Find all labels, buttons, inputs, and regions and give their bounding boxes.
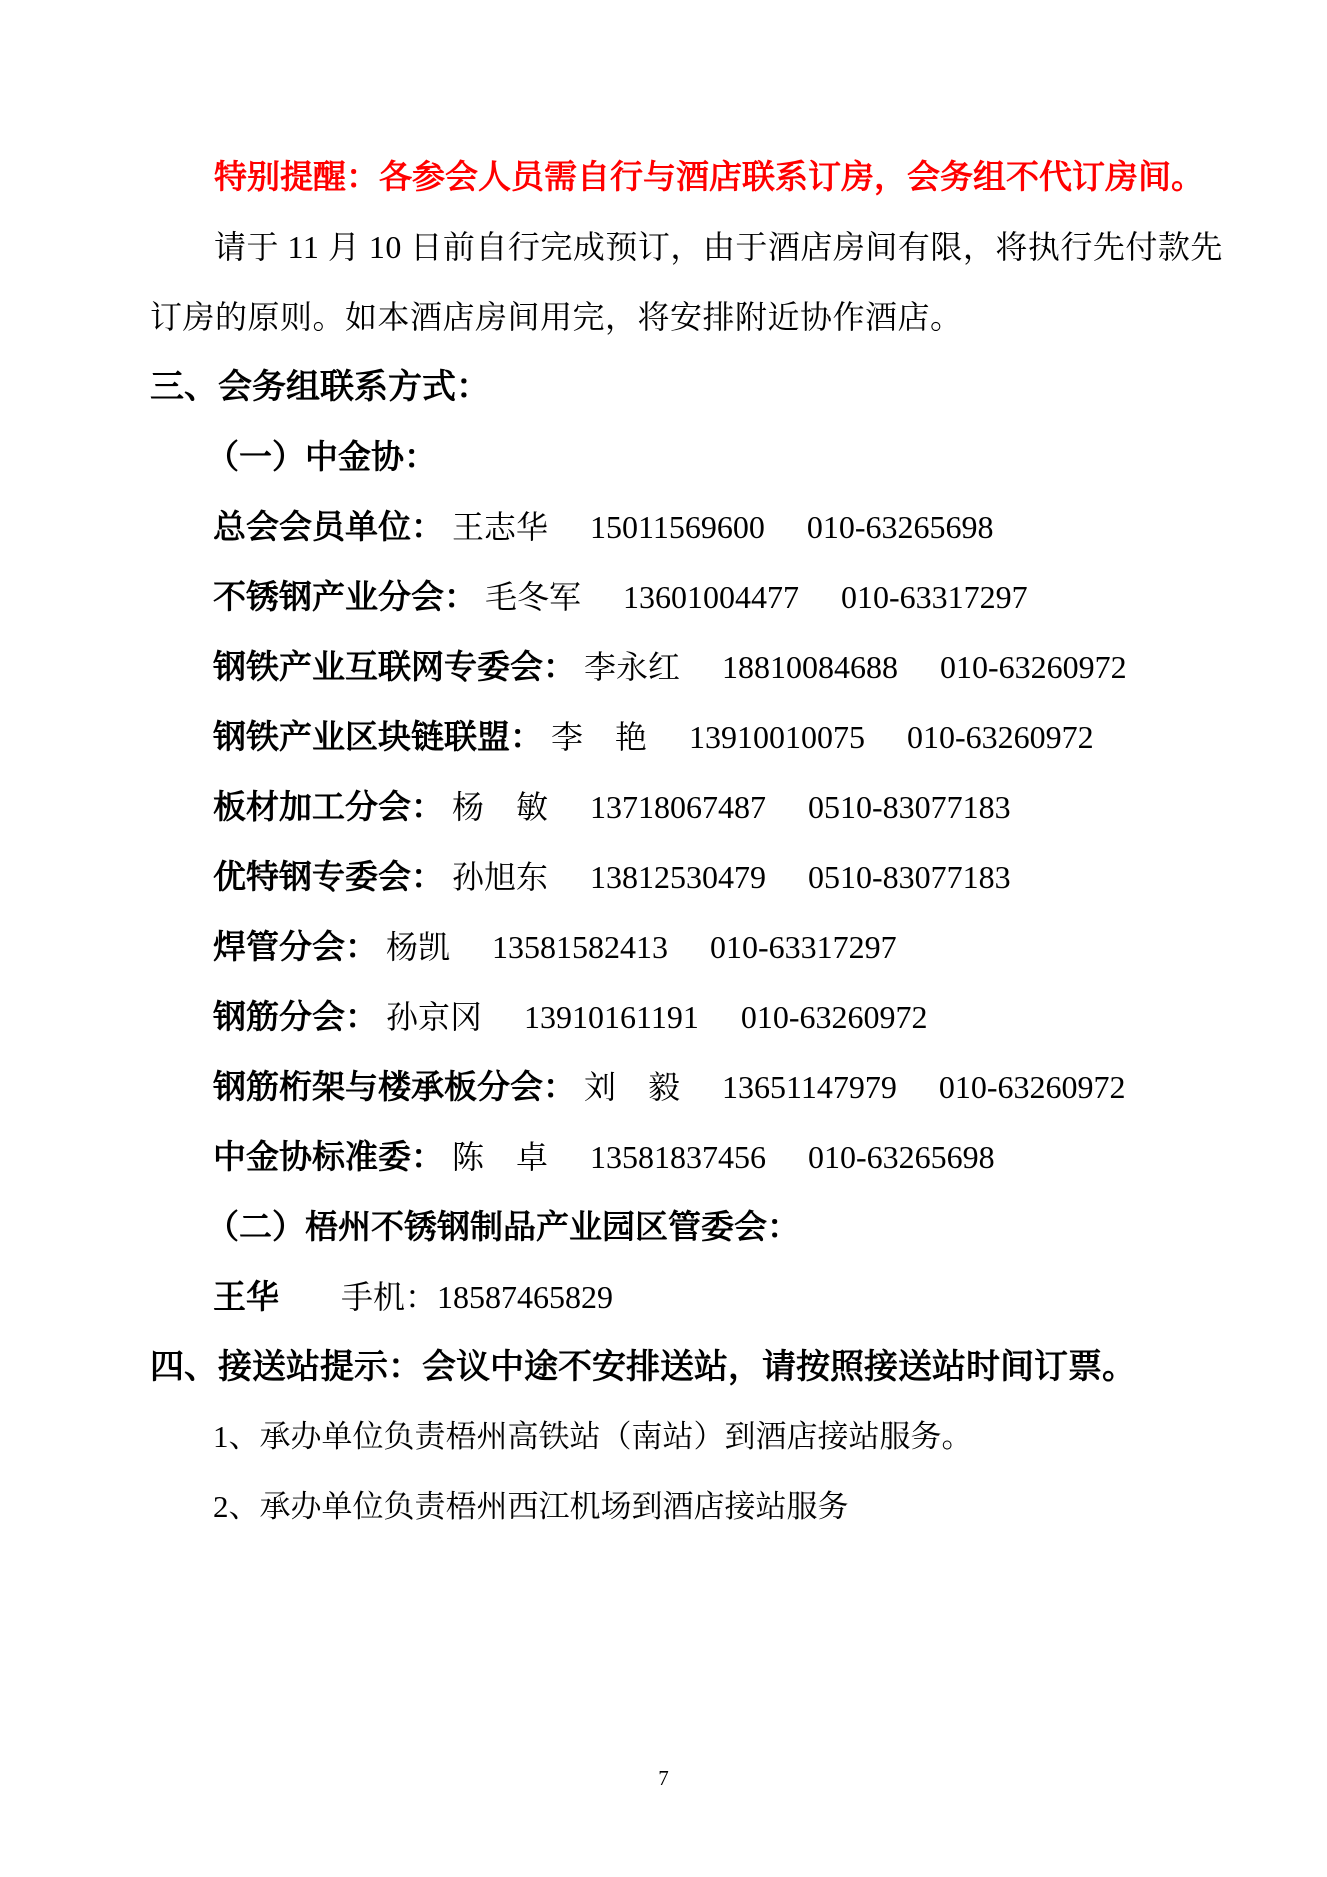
contact-mobile: 13581582413 xyxy=(492,929,668,965)
special-reminder-line: 特别提醒：各参会人员需自行与酒店联系订房，会务组不代订房间。 xyxy=(150,142,1187,212)
contact-mobile: 13601004477 xyxy=(623,579,799,615)
contact-phone: 010-63260972 xyxy=(741,999,928,1035)
contact-name: 陈 卓 xyxy=(452,1139,548,1175)
contact-name: 孙京冈 xyxy=(386,999,482,1035)
contact-label: 焊管分会： xyxy=(213,928,378,965)
shuttle-item-1: 1、承办单位负责梧州高铁站（南站）到酒店接站服务。 xyxy=(150,1402,1187,1472)
contact-phone: 010-63260972 xyxy=(939,1069,1126,1105)
contact-label: 钢筋桁架与楼承板分会： xyxy=(213,1068,576,1105)
subsection-2-heading: （二）梧州不锈钢制品产业园区管委会： xyxy=(150,1192,1187,1262)
contact-mobile: 13910161191 xyxy=(524,999,699,1035)
contact-label: 总会会员单位： xyxy=(213,508,444,545)
contact-name: 刘 毅 xyxy=(584,1069,680,1105)
document-page: 特别提醒：各参会人员需自行与酒店联系订房，会务组不代订房间。 请于 11 月 1… xyxy=(0,0,1327,1877)
contact-name: 李永红 xyxy=(584,649,680,685)
contact-mobile: 13651147979 xyxy=(722,1069,897,1105)
contact-phone: 010-63260972 xyxy=(940,649,1127,685)
contact-name: 杨 敏 xyxy=(452,789,548,825)
contact-row: 钢铁产业互联网专委会：李永红18810084688010-63260972 xyxy=(150,632,1187,702)
contact-phone: 010-63317297 xyxy=(841,579,1028,615)
contact-name: 王志华 xyxy=(452,509,548,545)
contact-mobile: 13581837456 xyxy=(590,1139,766,1175)
contact-mobile: 18810084688 xyxy=(722,649,898,685)
contact-row: 钢筋分会：孙京冈13910161191010-63260972 xyxy=(150,982,1187,1052)
contact-label: 钢铁产业互联网专委会： xyxy=(213,648,576,685)
shuttle-item-2: 2、承办单位负责梧州西江机场到酒店接站服务 xyxy=(150,1472,1187,1542)
contact-mobile: 13910010075 xyxy=(689,719,865,755)
contact-phone: 010-63260972 xyxy=(907,719,1094,755)
contact-row: 钢铁产业区块链联盟：李 艳13910010075010-63260972 xyxy=(150,702,1187,772)
contact-name: 王华 xyxy=(213,1278,279,1315)
contact-row-wanghua: 王华手机：18587465829 xyxy=(150,1262,1187,1332)
contact-name: 孙旭东 xyxy=(452,859,548,895)
contact-label: 不锈钢产业分会： xyxy=(213,578,477,615)
contact-phone: 18587465829 xyxy=(437,1279,613,1315)
document-content: 特别提醒：各参会人员需自行与酒店联系订房，会务组不代订房间。 请于 11 月 1… xyxy=(0,0,1327,1542)
contact-label: 板材加工分会： xyxy=(213,788,444,825)
contact-row: 板材加工分会：杨 敏137180674870510-83077183 xyxy=(150,772,1187,842)
booking-paragraph-line-2: 订房的原则。如本酒店房间用完，将安排附近协作酒店。 xyxy=(150,282,1187,352)
contact-label: 优特钢专委会： xyxy=(213,858,444,895)
contact-row: 优特钢专委会：孙旭东138125304790510-83077183 xyxy=(150,842,1187,912)
contact-phone: 010-63265698 xyxy=(808,1139,995,1175)
contact-row: 焊管分会：杨凯13581582413010-63317297 xyxy=(150,912,1187,982)
contact-mobile: 13718067487 xyxy=(590,789,766,825)
contact-mobile: 15011569600 xyxy=(590,509,765,545)
page-number: 7 xyxy=(0,1762,1327,1794)
contact-phone: 010-63317297 xyxy=(710,929,897,965)
subsection-1-heading: （一）中金协： xyxy=(150,422,1187,492)
contact-phone: 010-63265698 xyxy=(807,509,994,545)
contact-name: 毛冬军 xyxy=(485,579,581,615)
section-3-heading: 三、会务组联系方式： xyxy=(150,352,1187,422)
contact-phone: 0510-83077183 xyxy=(808,789,1011,825)
contact-name: 李 艳 xyxy=(551,719,647,755)
contact-phone-label: 手机： xyxy=(341,1279,437,1315)
contact-mobile: 13812530479 xyxy=(590,859,766,895)
contact-phone: 0510-83077183 xyxy=(808,859,1011,895)
contact-name: 杨凯 xyxy=(386,929,450,965)
contact-label: 钢筋分会： xyxy=(213,998,378,1035)
booking-paragraph-line-1: 请于 11 月 10 日前自行完成预订，由于酒店房间有限，将执行先付款先 xyxy=(150,212,1187,282)
contact-row: 钢筋桁架与楼承板分会：刘 毅13651147979010-63260972 xyxy=(150,1052,1187,1122)
contact-label: 钢铁产业区块链联盟： xyxy=(213,718,543,755)
section-4-heading: 四、接送站提示：会议中途不安排送站，请按照接送站时间订票。 xyxy=(150,1332,1187,1402)
contact-label: 中金协标准委： xyxy=(213,1138,444,1175)
contact-row: 不锈钢产业分会：毛冬军13601004477010-63317297 xyxy=(150,562,1187,632)
contact-row: 中金协标准委：陈 卓13581837456010-63265698 xyxy=(150,1122,1187,1192)
contact-row: 总会会员单位：王志华15011569600010-63265698 xyxy=(150,492,1187,562)
